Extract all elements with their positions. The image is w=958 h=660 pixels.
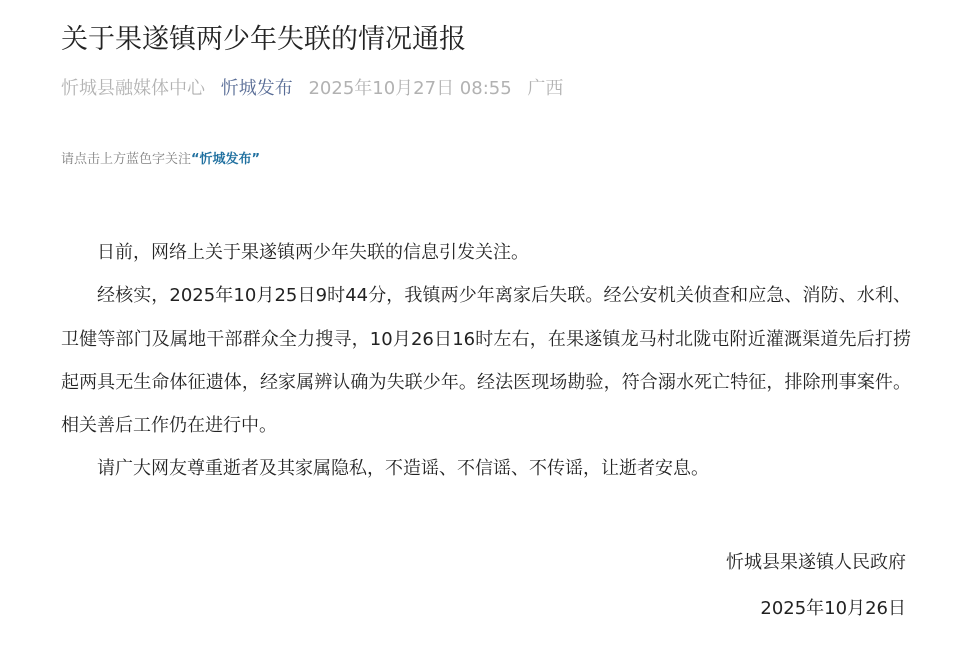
meta-account-link[interactable]: 忻城发布	[221, 78, 293, 99]
follow-tip-account: “忻城发布”	[191, 152, 260, 167]
paragraph: 日前，网络上关于果遂镇两少年失联的信息引发关注。	[61, 231, 911, 274]
article-body: 日前，网络上关于果遂镇两少年失联的信息引发关注。 经核实，2025年10月25日…	[61, 231, 911, 491]
signature: 忻城县果遂镇人民政府 2025年10月26日	[726, 540, 906, 632]
paragraph: 请广大网友尊重逝者及其家属隐私，不造谣、不信谣、不传谣，让逝者安息。	[61, 447, 911, 490]
signature-date: 2025年10月26日	[726, 586, 906, 632]
paragraph: 经核实，2025年10月25日9时44分，我镇两少年离家后失联。经公安机关侦查和…	[61, 274, 911, 447]
meta-author: 忻城县融媒体中心	[61, 78, 205, 99]
meta-location: 广西	[527, 78, 563, 99]
article-meta: 忻城县融媒体中心 忻城发布 2025年10月27日 08:55 广西	[61, 75, 573, 103]
follow-tip: 请点击上方蓝色字关注“忻城发布”	[61, 150, 260, 170]
meta-datetime: 2025年10月27日 08:55	[308, 78, 511, 99]
article-title: 关于果遂镇两少年失联的情况通报	[61, 20, 466, 60]
follow-tip-text: 请点击上方蓝色字关注	[61, 152, 191, 167]
signature-organization: 忻城县果遂镇人民政府	[726, 540, 906, 586]
